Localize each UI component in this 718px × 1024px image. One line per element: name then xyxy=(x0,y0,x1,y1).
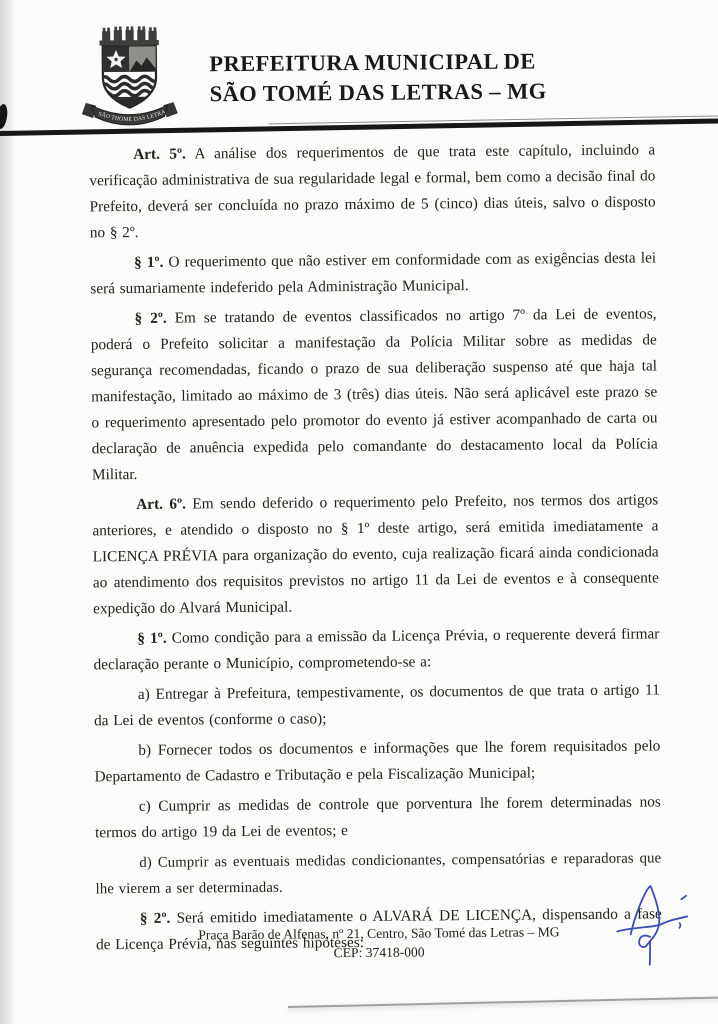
paragraph-lead: Art. 6º. xyxy=(136,496,186,513)
letterhead-title-line2: SÃO TOMÉ DAS LETRAS – MG xyxy=(209,76,569,109)
paragraph-lead: § 1º. xyxy=(134,254,163,271)
document-footer: Praça Barão de Alfenas, nº 21, Centro, S… xyxy=(96,921,662,964)
scanned-document-page: { "document": { "header": { "title_line1… xyxy=(0,0,718,1024)
letterhead-title: PREFEITURA MUNICIPAL DE SÃO TOMÉ DAS LET… xyxy=(209,46,570,109)
footer-cep: CEP: 37418-000 xyxy=(96,940,662,964)
paragraph-lead: § 1º. xyxy=(137,630,166,647)
crest-crown xyxy=(99,26,158,45)
letterhead-title-line1: PREFEITURA MUNICIPAL DE xyxy=(209,46,569,79)
paragraph-lead: Art. 5º. xyxy=(133,146,186,163)
coat-of-arms-icon: SÃO THOMÉ DAS LETRAS xyxy=(78,24,181,135)
doc-paragraph: Art. 6º. Em sendo deferido o requeriment… xyxy=(92,487,659,622)
document-body: Art. 5º. A análise dos requerimentos de … xyxy=(89,137,662,962)
doc-paragraph: c) Cumprir as medidas de controle que po… xyxy=(95,789,661,846)
paragraph-text: Cumprir as medidas de controle que porve… xyxy=(95,793,661,841)
paragraph-text: Cumprir as eventuais medidas condicionan… xyxy=(95,850,661,897)
paragraph-lead: d) xyxy=(139,855,152,871)
paragraph-lead: a) xyxy=(138,686,150,703)
paragraph-lead: § 2º. xyxy=(140,910,171,927)
document-page: SÃO THOMÉ DAS LETRAS PREFEITURA MUNICIPA… xyxy=(0,0,718,1024)
doc-paragraph: Art. 5º. A análise dos requerimentos de … xyxy=(89,137,656,246)
paragraph-text: Em se tratando de eventos classificados … xyxy=(91,305,658,483)
paragraph-lead: § 2º. xyxy=(135,310,167,327)
paragraph-text: Como condição para a emissão da Licença … xyxy=(94,625,660,673)
paragraph-text: Entregar à Prefeitura, tempestivamente, … xyxy=(94,681,660,729)
paragraph-text: Fornecer todos os documentos e informaçõ… xyxy=(95,737,661,785)
handwritten-signature xyxy=(601,871,698,976)
doc-paragraph: § 1º. Como condição para a emissão da Li… xyxy=(93,621,659,678)
paragraph-lead: c) xyxy=(139,798,151,815)
doc-paragraph: § 2º. Em se tratando de eventos classifi… xyxy=(90,301,658,488)
doc-paragraph: a) Entregar à Prefeitura, tempestivament… xyxy=(94,677,660,734)
doc-paragraph: b) Fornecer todos os documentos e inform… xyxy=(94,733,660,790)
paragraph-lead: b) xyxy=(138,742,151,759)
doc-paragraph: d) Cumprir as eventuais medidas condicio… xyxy=(95,845,661,902)
doc-paragraph: § 1º. O requerimento que não estiver em … xyxy=(90,245,656,302)
paragraph-text: O requerimento que não estiver em confor… xyxy=(90,249,656,297)
